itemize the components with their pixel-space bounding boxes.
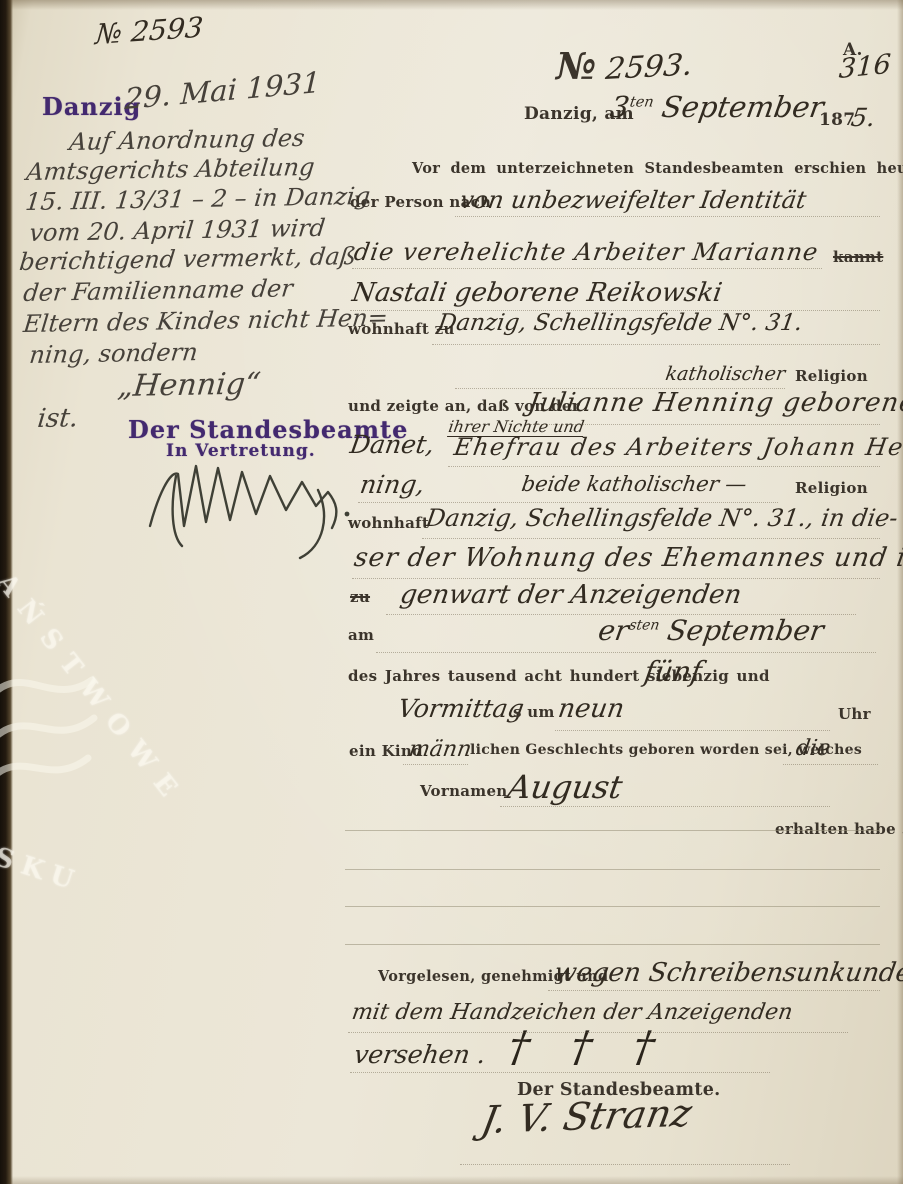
birthdate-suffix: sten bbox=[628, 618, 661, 634]
margin-note-line: Amtsgerichts Abteilung bbox=[25, 153, 316, 186]
blank-line bbox=[345, 830, 880, 831]
time-particle: s um bbox=[513, 703, 555, 721]
form-baseline bbox=[783, 764, 878, 765]
handzeichen-crosses: † † † bbox=[505, 1022, 672, 1071]
form-baseline bbox=[403, 764, 468, 765]
margin-note-line: ning, sondern bbox=[28, 338, 199, 369]
margin-note-line: der Familienname der bbox=[22, 274, 294, 307]
margin-note-line: berichtigend vermerkt, daß bbox=[18, 242, 357, 276]
form-baseline bbox=[422, 538, 880, 539]
uhr-label: Uhr bbox=[838, 705, 871, 723]
birthdate-value: ersten September bbox=[596, 614, 826, 647]
dateline-day-suffix: ten bbox=[629, 94, 655, 110]
year-word: fünf bbox=[642, 655, 704, 688]
closing-reason: wegen Schreibensunkunde bbox=[552, 958, 903, 988]
mother-relation-cont: ning, bbox=[358, 470, 427, 499]
form-baseline bbox=[500, 806, 830, 807]
margin-note-line: Auf Anordnung des bbox=[68, 124, 306, 156]
residence2-label: wohnhaft bbox=[348, 514, 429, 532]
watermark-waves bbox=[0, 600, 142, 830]
registry-scan-page: AŃSTWOWE SKU № 2593 Danzig 29. Mai 1931 … bbox=[0, 0, 903, 1184]
mother-maiden-name: Danet, bbox=[348, 430, 436, 459]
am-label: am bbox=[348, 626, 374, 644]
form-baseline bbox=[432, 344, 880, 345]
form-baseline bbox=[548, 990, 880, 991]
form-baseline bbox=[555, 730, 830, 731]
page-right-edge bbox=[897, 0, 903, 1184]
blank-line bbox=[345, 906, 880, 907]
time-hour: neun bbox=[556, 694, 626, 724]
form-baseline bbox=[448, 466, 880, 467]
declarant-name: Nastali geborene Reikowski bbox=[350, 278, 724, 308]
registrar-signature: J. V. Stranz bbox=[478, 1091, 695, 1142]
time-of-day: Vormittag bbox=[396, 694, 526, 723]
form-baseline bbox=[460, 1164, 790, 1165]
intro-line: Vor dem unterzeichneten Standesbeamten e… bbox=[412, 160, 903, 177]
religion2-label: Religion bbox=[795, 479, 868, 497]
margin-correction-date: 29. Mai 1931 bbox=[124, 65, 321, 116]
dateline-month: September bbox=[659, 90, 826, 124]
person-identity: von unbezweifelter Identität bbox=[458, 186, 808, 214]
birthdate-month: September bbox=[665, 614, 826, 647]
religion1-value: katholischer bbox=[664, 363, 787, 385]
religion1-label: Religion bbox=[795, 367, 868, 385]
mother-relation: Ehefrau des Arbeiters Johann Hen- bbox=[452, 433, 903, 461]
child-sex: männ bbox=[407, 737, 473, 762]
form-baseline bbox=[455, 388, 785, 389]
form-baseline bbox=[455, 216, 880, 217]
residence2-value: Danzig, Schellingsfelde N°. 31., in die- bbox=[424, 504, 900, 532]
record-number-sign: № bbox=[556, 44, 597, 88]
received-label: erhalten habe . bbox=[775, 820, 903, 838]
declarant-line: die verehelichte Arbeiter Marianne bbox=[352, 238, 821, 266]
record-number: 2593. bbox=[604, 48, 694, 87]
blank-line bbox=[345, 944, 880, 945]
form-baseline bbox=[352, 578, 880, 579]
birthplace-line: ser der Wohnung des Ehemannes und in Ge- bbox=[352, 543, 903, 573]
form-baseline bbox=[350, 1072, 770, 1073]
firstname-label: Vornamen bbox=[420, 782, 508, 800]
form-baseline bbox=[386, 614, 856, 615]
form-baseline bbox=[350, 310, 880, 311]
birthplace-line2: genwart der Anzeigenden bbox=[398, 580, 744, 610]
year-line: des Jahres tausend acht hundert siebenzi… bbox=[348, 667, 770, 685]
page-number: 316 bbox=[838, 49, 892, 85]
form-baseline bbox=[358, 502, 778, 503]
margin-note-line: „Hennig“ bbox=[116, 367, 262, 404]
corner-number: № 2593 bbox=[94, 11, 204, 51]
religion2-value: beide katholischer — bbox=[520, 472, 748, 496]
dateline-year-digit: 5. bbox=[849, 103, 877, 132]
blank-line bbox=[345, 869, 880, 870]
form-baseline bbox=[526, 424, 880, 425]
form-baseline bbox=[348, 1032, 848, 1033]
firstname-value: August bbox=[505, 768, 625, 806]
closing-versehen: versehen . bbox=[352, 1040, 488, 1069]
form-baseline bbox=[352, 268, 822, 269]
form-baseline bbox=[376, 652, 876, 653]
margin-note-line: ist. bbox=[36, 403, 80, 434]
deputy-signature bbox=[142, 450, 357, 560]
mother-name1: Julianne Henning geborenen bbox=[526, 388, 903, 418]
margin-note-line: 15. III. 13/31 – 2 – in Danzig bbox=[24, 182, 372, 216]
dateline-day: 3ten September bbox=[608, 90, 826, 124]
child-article: die bbox=[794, 736, 832, 761]
birthdate-day: er bbox=[596, 614, 631, 647]
residence1-value: Danzig, Schellingsfelde N°. 31. bbox=[436, 310, 804, 336]
margin-note-line: Eltern des Kindes nicht Hen= bbox=[22, 304, 389, 338]
struck-word-kannt: kannt bbox=[833, 248, 883, 266]
struck-word-zu: zu bbox=[350, 588, 370, 606]
margin-note-line: vom 20. April 1931 wird bbox=[28, 214, 327, 247]
